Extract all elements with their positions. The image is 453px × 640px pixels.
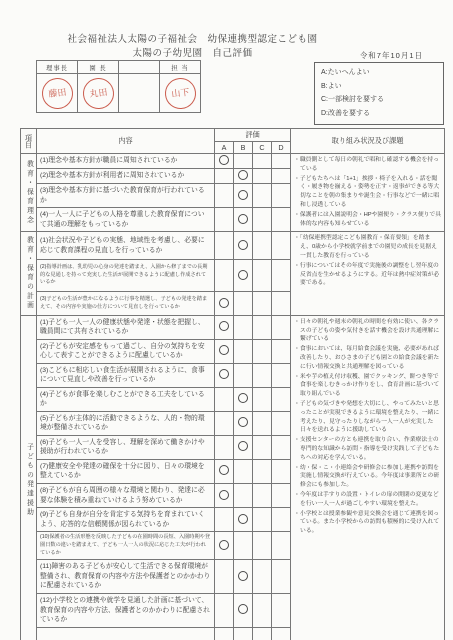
section-label: 教育・保育の計画 [21,232,37,315]
rating-cell-d [272,363,291,387]
content-cell: (3)こどもに相応しい食生活が展開されるように、食事について見直しや改善を行って… [37,363,215,387]
note-line: ・幼・保・こ・小連絡会や研修会に参加し連携や訪問を実施し情報交換が行えている。今… [294,464,441,490]
stamp-label-riji: 理事長 [37,61,78,74]
notes-cell: ・職員側として毎日の朝礼で唱和し確認する機会を持っている・子どもたちへは「1+1… [291,154,445,232]
evaluation-table: 項目 内容 評価 取り組み状況及び課題 A B C D 教育・保育理念(1)理念… [20,128,445,640]
rating-circle [219,490,229,500]
rating-cell-b [234,484,253,508]
rating-cell-a [215,184,234,208]
rating-cell-b [234,169,253,184]
rating-cell-b [234,435,253,459]
col-header-item: 項目 [21,129,37,154]
rating-cell-a [215,339,234,363]
content-cell: (1)子ども一人一人の健康状態や発達・状態を把握し、職員間にて共有されているか [37,315,215,339]
item-row: 教育・保育の計画(1)社会状況や子どもの実態、地域性を考慮し、必要に応じて教育課… [21,232,445,259]
content-cell: (6)子ども一人一人を受容し、理解を深めて働きかけや援助が行われているか [37,435,215,459]
note-line: ・「幼保連携型認定こども園教育・保育要領」を踏まえ、0歳から小学校就学前までの園… [294,234,441,260]
rating-cell-a [215,387,234,411]
rating-cell-d [272,339,291,363]
rating-circle [219,369,229,379]
rating-cell-d [272,315,291,339]
col-header-notes: 取り組み状況及び課題 [291,129,445,154]
content-cell: (7)健康安全や発達の確保を十分に図り、日々の環境を整えているか [37,459,215,483]
content-cell: (4)子どもが食事を楽しむことができる工夫をしているか [37,387,215,411]
rating-cell-d [272,292,291,316]
note-line: ・子どもの気づきや発想を大切にし、やってみたいと思ったことが実現できるように環境… [294,400,441,435]
rating-cell-d [272,560,291,594]
rating-cell-a [215,259,234,291]
content-cell: (1)社会状況や子どもの実態、地域性を考慮し、必要に応じて教育課程の見直しを行っ… [37,232,215,259]
scanned-self-evaluation-document: 社会福祉法人太陽の子福祉会 幼保連携型認定こども園 太陽の子幼児園 自己評価 令… [0,0,453,640]
legend-item-c: C:一部検討を要する [321,93,437,107]
rating-cell-c [253,411,272,435]
rating-cell-b [234,259,253,291]
rating-cell-c [253,459,272,483]
rating-cell-c [253,484,272,508]
content-cell: (3)理念や基本方針に基づいた教育保育が行われているか [37,184,215,208]
rating-cell-c [253,232,272,259]
rating-circle [238,240,248,250]
rating-cell-d [272,232,291,259]
note-line: ・今年度は手すりの設置・トイレの扉の開閉の変更などを行い一人一人が過ごしやすい環… [294,491,441,509]
rating-cell-a [215,154,234,169]
rating-circle [219,298,229,308]
rating-cell-d [272,627,291,640]
rating-cell-d [272,411,291,435]
rating-cell-a [215,315,234,339]
stamp-label-tanto: 担 当 [160,61,201,74]
rating-cell-a [215,532,234,560]
red-seal-stamp: 丸田 [81,76,115,110]
rating-cell-d [272,387,291,411]
rating-circle [219,155,229,165]
content-cell: (1)理念や基本方針が職員に周知されているか [37,154,215,169]
rating-cell-d [272,594,291,628]
col-header-b: B [234,142,253,154]
rating-cell-c [253,627,272,640]
note-line: ・米や芋の植え付け収穫、園でクッキング、餅つき等で食事を楽しむきっかけ作りをし、… [294,373,441,399]
doc-subtitle: 太陽の子幼児園 自己評価 [40,45,345,59]
rating-circle [219,465,229,475]
content-cell: (3)子どもの生活が豊かになるように行事を精選し、子どもの発達を踏まえて、その内… [37,292,215,316]
rating-cell-b [234,594,253,628]
stamp-label-encho: 園 長 [78,61,119,74]
content-cell: (2)理念や基本方針が利用者に周知されているか [37,169,215,184]
rating-cell-c [253,184,272,208]
rating-circle [238,441,248,451]
rating-circle [238,417,248,427]
item-row: 子どもの発達援助(1)子ども一人一人の健康状態や発達・状態を把握し、職員間にて共… [21,315,445,339]
rating-cell-c [253,339,272,363]
note-line: ・小学校とは授業参観や意見交換会を通じて連携を図っている。また小学校からの訪問も… [294,510,441,536]
rating-cell-a [215,208,234,232]
rating-cell-b [234,292,253,316]
note-line: ・保護者には入園説明会・HPや園便り・クラス便りで具体的な内容も知らせている [294,211,441,229]
note-line: ・食事においては、毎月給食会議を実施、必要があれば改善したり、おひさまの子ども園… [294,345,441,371]
rating-cell-d [272,532,291,560]
rating-cell-a [215,459,234,483]
rating-cell-a [215,435,234,459]
note-line: ・職員側として毎日の朝礼で唱和し確認する機会を持っている [294,156,441,174]
note-line: ・日々の朝礼や週末の朝礼の時間を有効に使い、各クラスの子どもの姿や気付きを話す機… [294,318,441,344]
content-cell: (11)障害のある子どもが安心して生活できる保育環境が整備され、教育保育の内容や… [37,560,215,594]
rating-cell-d [272,169,291,184]
rating-cell-c [253,594,272,628]
rating-cell-a [215,292,234,316]
col-header-content: 内容 [37,129,215,154]
rating-cell-d [272,484,291,508]
table-head: 項目 内容 評価 取り組み状況及び課題 A B C D [21,129,445,154]
rating-cell-c [253,508,272,532]
rating-circle [238,190,248,200]
rating-circle [238,571,248,581]
rating-cell-c [253,363,272,387]
rating-circle [219,540,229,550]
item-row: 教育・保育理念(1)理念や基本方針が職員に周知されているか・職員側として毎日の朝… [21,154,445,169]
content-cell: (4)一人一人に子どもの人格を尊重した教育保育について共通の理解をもっているか [37,208,215,232]
rating-cell-b [234,627,253,640]
content-cell: (2)子どもが安定感をもって過ごし、自分の気持ちを安心して表すことができるように… [37,339,215,363]
rating-cell-a [215,363,234,387]
legend-item-a: A:たいへんよい [321,66,437,80]
stamp-table: 理事長 園 長 担 当 藤田 丸田 山下 [36,60,201,113]
rating-cell-b [234,411,253,435]
stamp-cell [119,74,160,113]
rating-cell-c [253,532,272,560]
rating-cell-b [234,560,253,594]
rating-cell-a [215,508,234,532]
rating-cell-d [272,508,291,532]
content-cell: (12)小学校との連携や就学を見通した計画に基づいて、教育保育の内容や方法、保護… [37,594,215,628]
rating-cell-a [215,411,234,435]
rating-cell-d [272,459,291,483]
col-header-rating: 評価 [215,129,291,142]
content-cell: (9)子ども自身が自分を肯定する気持ちを育まれていくよう、応答的な信頼関係が図ら… [37,508,215,532]
notes-cell: ・「幼保連携型認定こども園教育・保育要領」を踏まえ、0歳から小学校就学前までの園… [291,232,445,315]
rating-cell-d [272,259,291,291]
rating-cell-b [234,532,253,560]
note-line: ・行事についてはその年度で実施後の調整をし翌年度の反省点を生かせるようにする。近… [294,262,441,288]
stamp-cell: 山下 [160,74,201,113]
rating-cell-b [234,363,253,387]
header-row-1: 項目 内容 評価 取り組み状況及び課題 [21,129,445,142]
rating-cell-a [215,627,234,640]
content-cell: (2)指導計画は、乳幼児の心身の発達を踏まえ、入園から修了までの長期的な見通しを… [37,259,215,291]
section-label: 教育・保育理念 [21,154,37,232]
rating-circle [238,514,248,524]
table-body: 教育・保育理念(1)理念や基本方針が職員に周知されているか・職員側として毎日の朝… [21,154,445,640]
rating-cell-c [253,435,272,459]
rating-cell-a [215,560,234,594]
rating-cell-c [253,154,272,169]
rating-cell-c [253,169,272,184]
rating-cell-d [272,154,291,169]
rating-cell-a [215,484,234,508]
rating-cell-d [272,435,291,459]
rating-circle [238,393,248,403]
rating-legend-box: A:たいへんよい B:よい C:一部検討を要する D:改善を要する [314,62,444,125]
section-label: 子どもの発達援助 [21,315,37,640]
content-cell [37,627,215,640]
col-header-c: C [253,142,272,154]
stamp-cell: 藤田 [37,74,78,113]
legend-item-b: B:よい [321,80,437,94]
legend-item-d: D:改善を要する [321,107,437,121]
rating-circle [219,321,229,331]
red-seal-stamp: 山下 [163,76,197,110]
rating-cell-c [253,292,272,316]
col-header-a: A [215,142,234,154]
rating-cell-c [253,387,272,411]
rating-circle [238,170,248,180]
content-cell: (5)子どもが主体的に活動できるような、人的・物的環境が整備されているか [37,411,215,435]
rating-circle [238,604,248,614]
content-cell: (8)子どもが自ら周囲の様々な環境と関わり、発達に必要な体験を積み重ねていけるよ… [37,484,215,508]
note-line: ・子どもたちへは「1+1」挨拶・椅子を入れる・話を聞く・履き物を揃える・姿勢を正… [294,175,441,210]
rating-cell-c [253,208,272,232]
rating-cell-a [215,594,234,628]
stamp-header-row: 理事長 園 長 担 当 [37,61,201,74]
rating-cell-c [253,259,272,291]
rating-cell-d [272,208,291,232]
col-header-d: D [272,142,291,154]
rating-cell-b [234,315,253,339]
notes-cell: ・日々の朝礼や週末の朝礼の時間を有効に使い、各クラスの子どもの姿や気付きを話す機… [291,315,445,640]
rating-cell-b [234,459,253,483]
rating-cell-b [234,508,253,532]
rating-cell-a [215,232,234,259]
red-seal-stamp [123,77,155,109]
doc-date: 令和7年10月1日 [360,50,423,61]
rating-cell-c [253,560,272,594]
rating-cell-d [272,184,291,208]
stamp-body-row: 藤田 丸田 山下 [37,74,201,113]
rating-cell-b [234,208,253,232]
content-cell: (10)保護者の生活形態を反映した子どもの在園時間の長短、入園時期や登園日数の違… [37,532,215,560]
rating-cell-c [253,315,272,339]
rating-cell-a [215,169,234,184]
red-seal-stamp: 藤田 [40,76,74,110]
note-line: ・支援センターの方とも連携を取り合い、作業療法士の専門的な知識から訪問・指導を受… [294,436,441,462]
rating-circle [219,345,229,355]
rating-cell-b [234,154,253,169]
stamp-label-blank [119,61,160,74]
rating-circle [238,270,248,280]
rating-cell-b [234,387,253,411]
stamp-cell: 丸田 [78,74,119,113]
rating-cell-b [234,339,253,363]
rating-circle [238,214,248,224]
doc-title: 社会福祉法人太陽の子福祉会 幼保連携型認定こども園 [40,31,345,45]
rating-cell-b [234,232,253,259]
rating-cell-b [234,184,253,208]
